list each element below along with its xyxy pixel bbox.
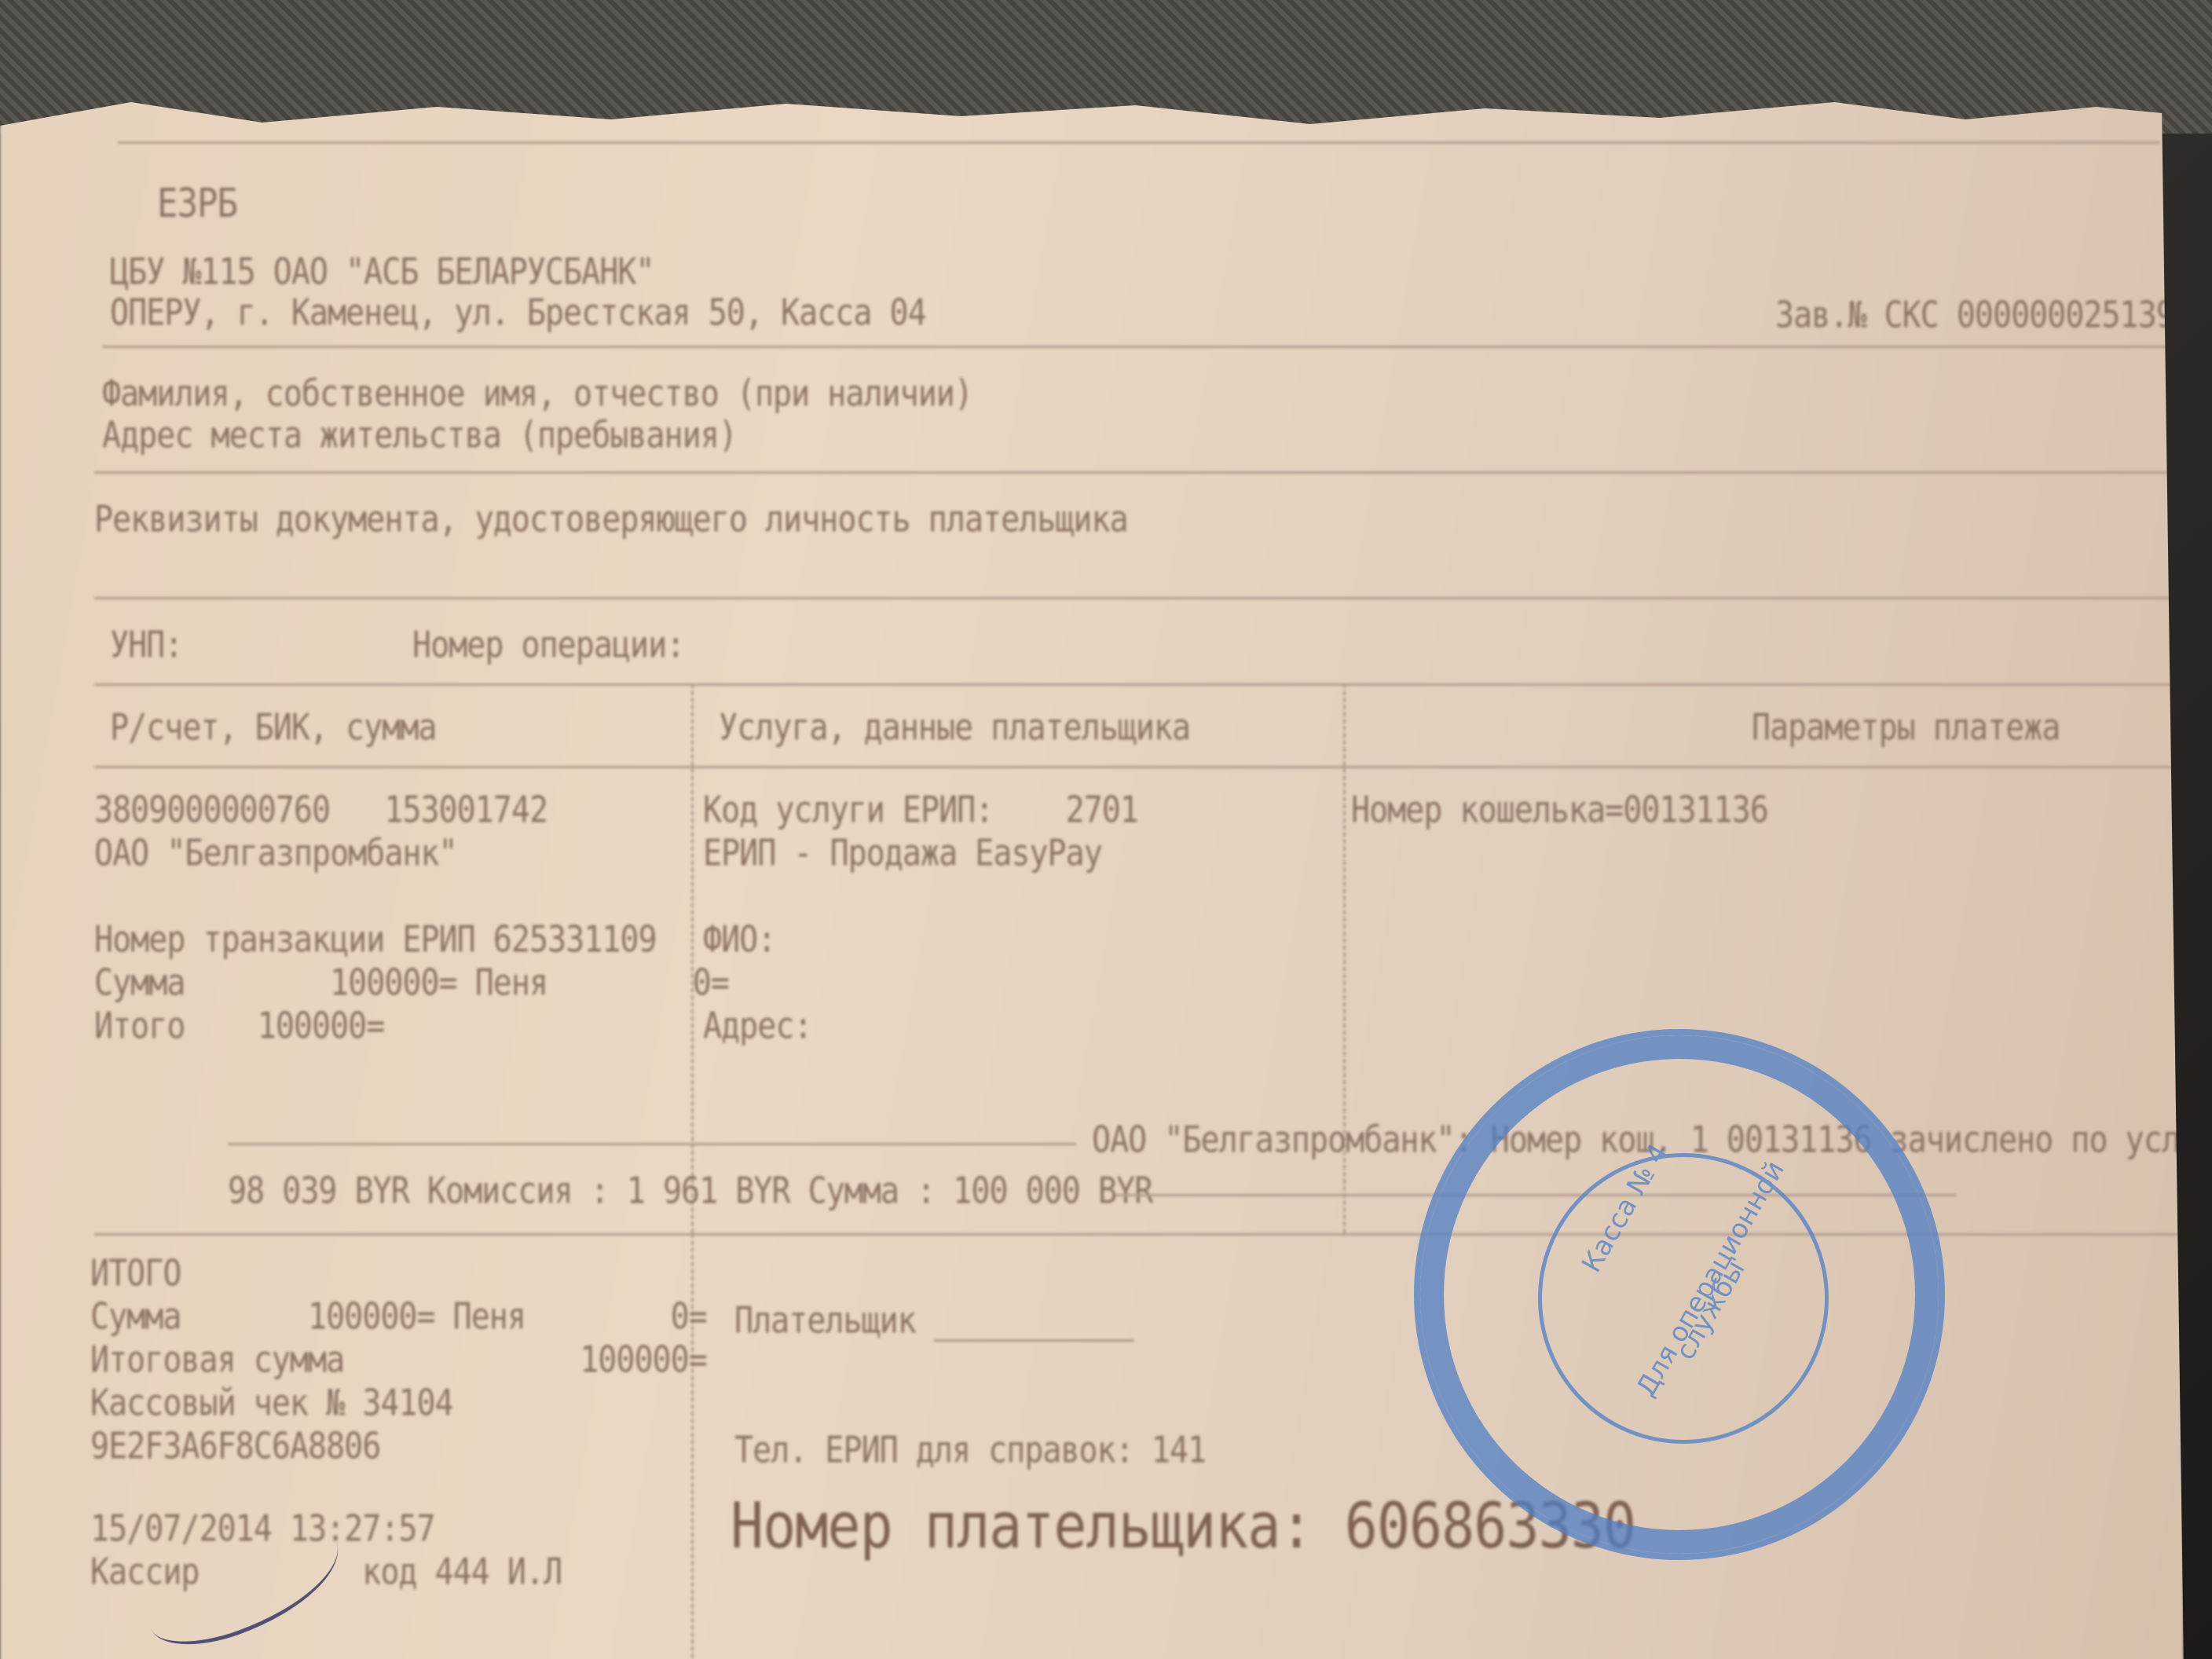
- bank-name: ОАО "Белгазпромбанк": [94, 833, 457, 874]
- account-line: 3809000000760 153001742: [94, 789, 548, 831]
- payer-address-label: Адрес места жительства (пребывания): [102, 415, 737, 456]
- payer-doc-label: Реквизиты документа, удостоверяющего лич…: [94, 499, 1128, 540]
- divider: [228, 1143, 1076, 1145]
- check-hash: 9E2F3A6F8C6A8806: [90, 1426, 380, 1467]
- bank-stamp: Касса № 4 Для операционной службы: [1414, 1029, 1945, 1560]
- transaction-line: Номер транзакции ЕРИП 625331109: [94, 919, 657, 961]
- divider: [94, 471, 2184, 474]
- divider: [118, 141, 2160, 144]
- branch-line: ОПЕРУ, г. Каменец, ул. Брестская 50, Кас…: [110, 292, 926, 334]
- column-header: Р/счет, БИК, сумма: [110, 707, 436, 749]
- payer-name-label: Фамилия, собственное имя, отчество (при …: [102, 373, 972, 415]
- fio-label: ФИО:: [703, 919, 775, 961]
- divider: [94, 766, 2184, 768]
- commission-line: 98 039 BYR Комиссия : 1 961 BYR Сумма : …: [228, 1170, 1152, 1212]
- wallet-number: Номер кошелька=00131136: [1351, 789, 1768, 831]
- summary-title: ИТОГО: [90, 1253, 181, 1295]
- divider: [102, 346, 2184, 348]
- total-line: Итого 100000=: [94, 1005, 384, 1047]
- unp-label: УНП:: [110, 624, 182, 666]
- bank-line: ЦБУ №115 ОАО "АСБ БЕЛАРУСБАНК": [110, 251, 654, 293]
- operation-label: Номер операции:: [412, 624, 684, 666]
- service-name: ЕРИП - Продажа EasyPay: [703, 833, 1102, 874]
- payer-signature-label: Плательщик ___________: [734, 1300, 1133, 1342]
- check-number: Кассовый чек № 34104: [90, 1382, 453, 1424]
- summary-total: Итоговая сумма 100000=: [90, 1339, 707, 1381]
- phone-line: Тел. ЕРИП для справок: 141: [734, 1430, 1206, 1471]
- payer-number: Номер плательщика: 606863330: [731, 1489, 1635, 1562]
- top-code: ЕЗРБ: [157, 181, 237, 227]
- column-header: Услуга, данные плательщика: [719, 707, 1190, 749]
- address-label: Адрес:: [703, 1005, 812, 1047]
- column-separator: [691, 683, 694, 1233]
- column-header: Параметры платежа: [1752, 707, 2060, 749]
- sum-line: Сумма 100000= Пеня 0=: [94, 962, 729, 1004]
- summary-sum: Сумма 100000= Пеня 0=: [90, 1296, 707, 1338]
- divider: [94, 597, 2184, 599]
- service-code: Код услуги ЕРИП: 2701: [703, 789, 1138, 831]
- divider: [94, 683, 2184, 686]
- serial-number: Зав.№ СКС 000000025139: [1775, 295, 2174, 336]
